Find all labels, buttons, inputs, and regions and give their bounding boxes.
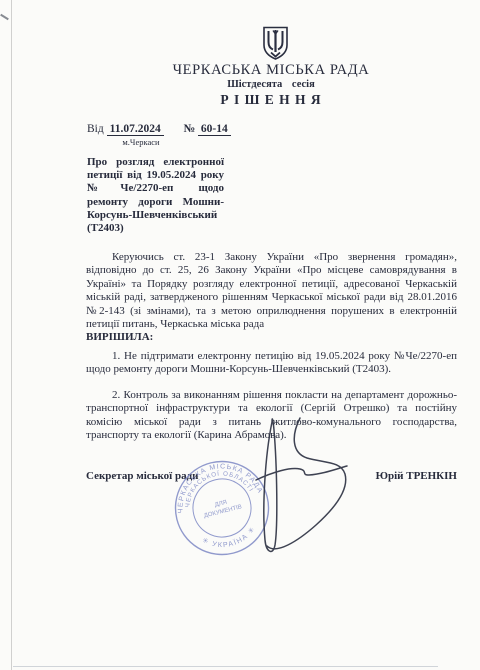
resolution-item-1: 1. Не підтримати електронну петицію від … — [86, 350, 457, 377]
subject-line: петиції від 19.05.2024 року — [87, 169, 224, 182]
document-type-title: Р І Ш Е Н Н Я — [86, 92, 456, 108]
signer-name: Юрій ТРЕНКІН — [376, 470, 457, 482]
session-title: Шістдесята сесія — [86, 79, 456, 90]
scan-edge-line — [11, 0, 12, 670]
subject-block: Про розгляд електронної петиції від 19.0… — [87, 156, 224, 235]
number-sign: № — [183, 123, 195, 135]
handwritten-signature — [228, 406, 373, 571]
resolved-label: ВИРІШИЛА: — [86, 331, 457, 344]
city-label: м.Черкаси — [107, 137, 175, 147]
document-date: 11.07.2024 — [107, 123, 164, 136]
subject-line: ремонту дороги Мошни- — [87, 196, 224, 209]
scan-artifact-mark — [0, 14, 9, 20]
preamble-block: Керуючись ст. 23-1 Закону України «Про з… — [86, 251, 457, 345]
date-number-line: Від 11.07.2024 № 60-14 — [87, 123, 457, 135]
document-page: ЧЕРКАСЬКА МІСЬКА РАДА Шістдесята сесія Р… — [0, 0, 480, 670]
subject-line: (Т2403) — [87, 222, 224, 235]
organization-name: ЧЕРКАСЬКА МІСЬКА РАДА — [86, 62, 456, 79]
scan-bottom-line — [13, 666, 438, 667]
subject-line: Про розгляд електронної — [87, 156, 224, 169]
subject-line: №Че/2270-еп щодо — [87, 182, 224, 195]
subject-line: Корсунь-Шевченківський — [87, 209, 224, 222]
document-number: 60-14 — [198, 123, 231, 136]
ukraine-trident-emblem-icon — [262, 26, 289, 60]
preamble-text: Керуючись ст. 23-1 Закону України «Про з… — [86, 251, 457, 331]
date-prefix-label: Від — [87, 123, 104, 135]
